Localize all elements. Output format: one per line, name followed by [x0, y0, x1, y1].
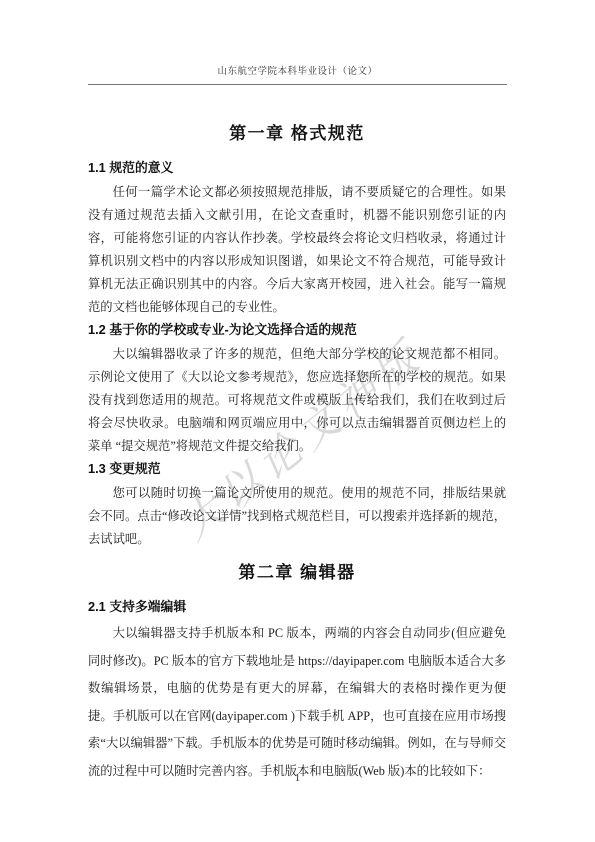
section-2-1-body: 大以编辑器支持手机版本和 PC 版本，两端的内容会自动同步(但应避免同时修改)。…	[88, 620, 506, 785]
page-header: 山东航空学院本科毕业设计（论文）	[88, 63, 507, 85]
section-1-2-body: 大以编辑器收录了许多的规范，但绝大部分学校的论文规范都不相同。示例论文使用了《大…	[88, 343, 506, 458]
section-2-1-heading: 2.1 支持多端编辑	[88, 599, 506, 615]
chapter-2-title: 第二章 编辑器	[88, 563, 506, 583]
section-1-3-heading: 1.3 变更规范	[88, 461, 506, 477]
section-1-1-heading: 1.1 规范的意义	[88, 160, 506, 176]
chapter-1-title: 第一章 格式规范	[88, 124, 506, 144]
page-number: 1	[0, 773, 595, 784]
document-page: 山东航空学院本科毕业设计（论文） 大以论文神版 第一章 格式规范 1.1 规范的…	[0, 0, 595, 842]
document-content: 第一章 格式规范 1.1 规范的意义 任何一篇学术论文都必须按照规范排版，请不要…	[88, 114, 506, 785]
section-1-2-heading: 1.2 基于你的学校或专业-为论文选择合适的规范	[88, 322, 506, 338]
section-1-1-body: 任何一篇学术论文都必须按照规范排版，请不要质疑它的合理性。如果没有通过规范去插入…	[88, 181, 506, 319]
section-1-3-body: 您可以随时切换一篇论文所使用的规范。使用的规范不同，排版结果就会不同。点击“修改…	[88, 482, 506, 551]
page-header-text: 山东航空学院本科毕业设计（论文）	[217, 67, 377, 77]
